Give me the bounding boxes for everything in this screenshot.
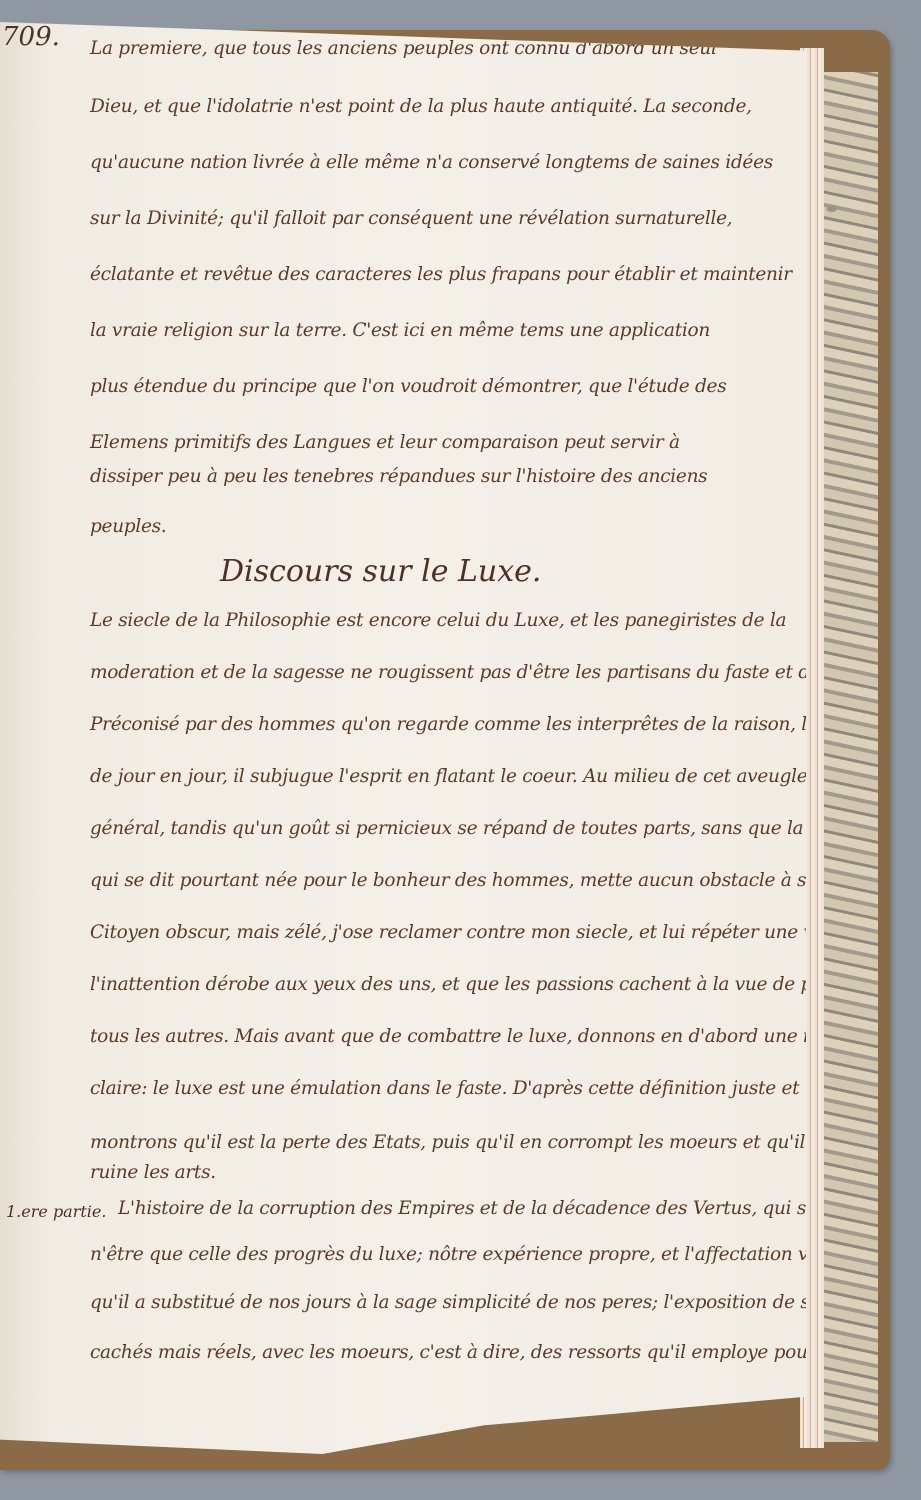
text-line: de jour en jour, il subjugue l'esprit en… bbox=[90, 766, 854, 787]
text-line: dissiper peu à peu les tenebres répandue… bbox=[90, 466, 707, 487]
text-line: qui se dit pourtant née pour le bonheur … bbox=[90, 870, 908, 891]
text-line: ruine les arts. bbox=[90, 1162, 216, 1183]
text-line: Elemens primitifs des Langues et leur co… bbox=[90, 432, 680, 453]
text-line: général, tandis qu'un goût si pernicieux… bbox=[90, 818, 919, 839]
text-line: claire: le luxe est une émulation dans l… bbox=[90, 1078, 893, 1099]
section-title: Discours sur le Luxe. bbox=[220, 554, 541, 589]
marbled-endpaper bbox=[820, 72, 878, 1442]
text-line: plus étendue du principe que l'on voudro… bbox=[90, 376, 726, 397]
page-number: 709. bbox=[2, 22, 60, 52]
manuscript-page: 709. La premiere, que tous les anciens p… bbox=[0, 22, 806, 1454]
text-line: tous les autres. Mais avant que de comba… bbox=[90, 1026, 841, 1047]
text-line: cachés mais réels, avec les moeurs, c'es… bbox=[90, 1342, 881, 1363]
text-line: qu'aucune nation livrée à elle même n'a … bbox=[90, 152, 773, 173]
text-line: Préconisé par des hommes qu'on regarde c… bbox=[90, 714, 921, 735]
text-line: Le siecle de la Philosophie est encore c… bbox=[90, 610, 786, 631]
margin-note: 1.ere partie. bbox=[6, 1202, 106, 1221]
text-line: moderation et de la sagesse ne rougissen… bbox=[90, 662, 887, 683]
text-line: n'être que celle des progrès du luxe; nô… bbox=[90, 1244, 872, 1265]
text-line: peuples. bbox=[90, 516, 166, 537]
text-line: L'histoire de la corruption des Empires … bbox=[118, 1198, 862, 1219]
text-line: l'inattention dérobe aux yeux des uns, e… bbox=[90, 974, 874, 995]
text-line: éclatante et revêtue des caracteres les … bbox=[90, 264, 792, 285]
text-line: Dieu, et que l'idolatrie n'est point de … bbox=[90, 96, 752, 117]
text-line: montrons qu'il est la perte des Etats, p… bbox=[90, 1132, 833, 1153]
text-line: sur la Divinité; qu'il falloit par consé… bbox=[90, 208, 732, 229]
text-line: Citoyen obscur, mais zélé, j'ose reclame… bbox=[90, 922, 896, 943]
text-line: qu'il a substitué de nos jours à la sage… bbox=[90, 1292, 902, 1313]
text-line: la vraie religion sur la terre. C'est ic… bbox=[90, 320, 710, 341]
